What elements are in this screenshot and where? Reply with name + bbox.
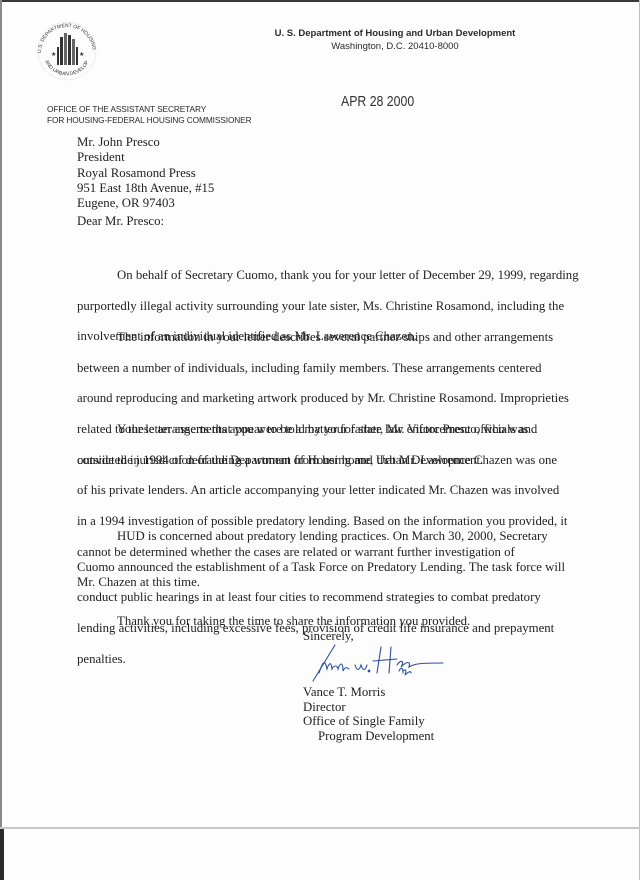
page-separator — [0, 827, 640, 829]
paragraph-line: convicted in 1994 of defrauding a woman … — [77, 453, 622, 468]
paragraph-line: between a number of individuals, includi… — [77, 361, 622, 376]
paragraph-line: Your letter asserts that you were told b… — [77, 422, 622, 437]
signer-title: Director — [303, 700, 434, 715]
paragraph-line: HUD is concerned about predatory lending… — [77, 529, 622, 544]
paragraph-line: around reproducing and marketing artwork… — [77, 391, 622, 406]
recipient-name: Mr. John Presco — [77, 135, 214, 150]
signer-name: Vance T. Morris — [303, 685, 434, 700]
svg-text:★: ★ — [51, 51, 56, 58]
recipient-title: President — [77, 150, 214, 165]
recipient-street: 951 East 18th Avenue, #15 — [77, 181, 214, 196]
scan-top-border — [0, 0, 640, 2]
recipient-city: Eugene, OR 97403 — [77, 196, 214, 211]
paragraph-line: Thank you for taking the time to share t… — [77, 614, 622, 629]
recipient-company: Royal Rosamond Press — [77, 166, 214, 181]
paragraph-line: Cuomo announced the establishment of a T… — [77, 560, 622, 575]
signer-office: Office of Single Family — [303, 714, 434, 729]
office-line: FOR HOUSING-FEDERAL HOUSING COMMISSIONER — [47, 115, 252, 126]
agency-name: U. S. Department of Housing and Urban De… — [0, 28, 640, 39]
office-heading: OFFICE OF THE ASSISTANT SECRETARY FOR HO… — [47, 104, 252, 125]
paragraph-line: The information in your letter describes… — [77, 330, 622, 345]
office-line: OFFICE OF THE ASSISTANT SECRETARY — [47, 104, 252, 115]
paragraph-line: of his private lenders. An article accom… — [77, 483, 622, 498]
agency-address: Washington, D.C. 20410-8000 — [0, 41, 640, 52]
signer-office-2: Program Development — [303, 729, 434, 744]
salutation: Dear Mr. Presco: — [77, 214, 164, 229]
recipient-address: Mr. John Presco President Royal Rosamond… — [77, 135, 214, 211]
scan-left-edge — [0, 0, 2, 828]
scan-left-edge-lower — [0, 828, 4, 880]
paragraph-line: purportedly illegal activity surrounding… — [77, 299, 622, 314]
date-stamp: APR 28 2000 — [341, 93, 414, 110]
svg-text:★: ★ — [79, 51, 84, 58]
closing: Sincerely, — [303, 629, 354, 644]
signer-block: Vance T. Morris Director Office of Singl… — [303, 685, 434, 743]
signature — [305, 643, 445, 683]
paragraph-line: On behalf of Secretary Cuomo, thank you … — [77, 268, 622, 283]
